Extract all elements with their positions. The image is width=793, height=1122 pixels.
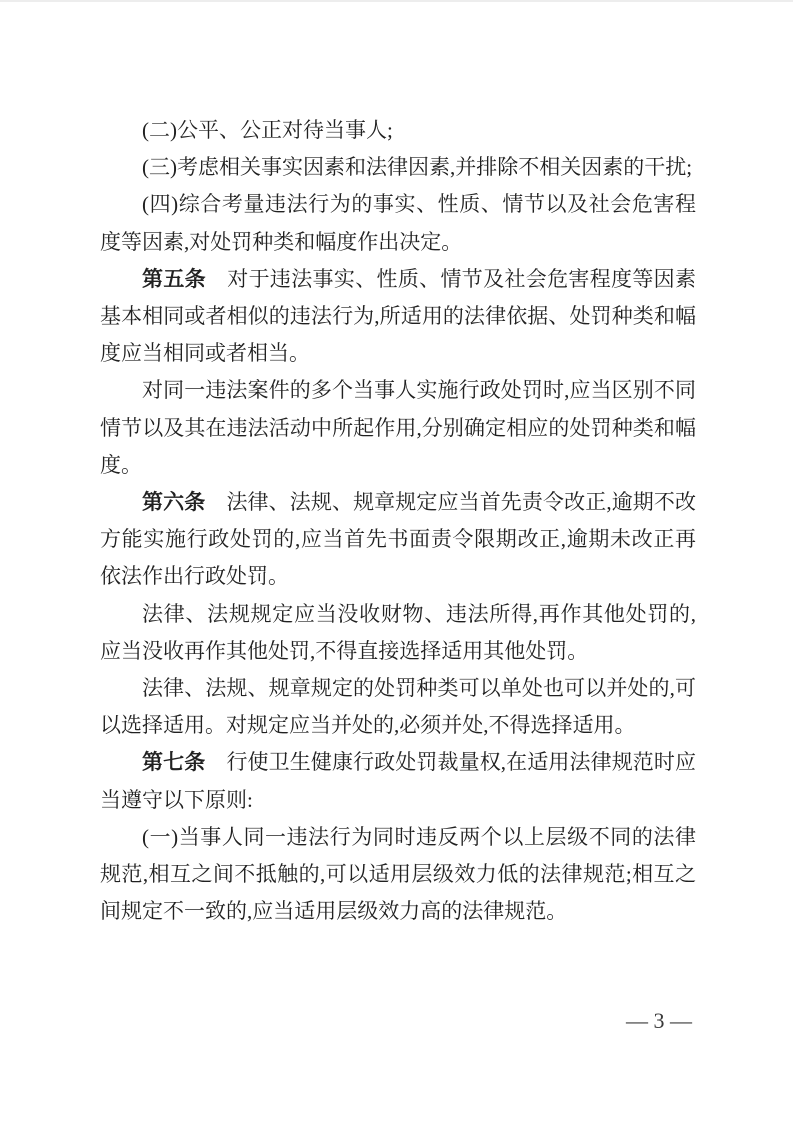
page-number: — 3 —	[626, 1008, 692, 1034]
paragraph: 第六条 法律、法规、规章规定应当首先责令改正,逾期不改方能实施行政处罚的,应当首…	[100, 484, 696, 596]
paragraph: (三)考虑相关事实因素和法律因素,并排除不相关因素的干扰;	[100, 149, 696, 186]
article-number: 第六条	[142, 490, 226, 514]
paragraph-text: 法律、法规规定应当没收财物、违法所得,再作其他处罚的,应当没收再作其他处罚,不得…	[100, 602, 696, 663]
paragraph: 法律、法规规定应当没收财物、违法所得,再作其他处罚的,应当没收再作其他处罚,不得…	[100, 596, 696, 670]
paragraph-text: 法律、法规、规章规定的处罚种类可以单处也可以并处的,可以选择适用。对规定应当并处…	[100, 676, 696, 737]
paragraph-text: (四)综合考量违法行为的事实、性质、情节以及社会危害程度等因素,对处罚种类和幅度…	[100, 192, 696, 253]
paragraph: (四)综合考量违法行为的事实、性质、情节以及社会危害程度等因素,对处罚种类和幅度…	[100, 186, 696, 260]
document-text-block: (二)公平、公正对待当事人; (三)考虑相关事实因素和法律因素,并排除不相关因素…	[100, 112, 696, 930]
article-number: 第七条	[142, 750, 226, 774]
paragraph: 法律、法规、规章规定的处罚种类可以单处也可以并处的,可以选择适用。对规定应当并处…	[100, 670, 696, 744]
paragraph-text: (二)公平、公正对待当事人;	[142, 118, 393, 142]
paragraph: (一)当事人同一违法行为同时违反两个以上层级不同的法律规范,相互之间不抵触的,可…	[100, 819, 696, 931]
document-page: (二)公平、公正对待当事人; (三)考虑相关事实因素和法律因素,并排除不相关因素…	[0, 0, 793, 1122]
paragraph: (二)公平、公正对待当事人;	[100, 112, 696, 149]
paragraph: 第五条 对于违法事实、性质、情节及社会危害程度等因素基本相同或者相似的违法行为,…	[100, 261, 696, 373]
paragraph-text: (三)考虑相关事实因素和法律因素,并排除不相关因素的干扰;	[142, 155, 692, 179]
paragraph-text: (一)当事人同一违法行为同时违反两个以上层级不同的法律规范,相互之间不抵触的,可…	[100, 825, 696, 923]
paragraph: 第七条 行使卫生健康行政处罚裁量权,在适用法律规范时应当遵守以下原则:	[100, 744, 696, 818]
paragraph-text: 对同一违法案件的多个当事人实施行政处罚时,应当区别不同情节以及其在违法活动中所起…	[100, 378, 696, 476]
article-number: 第五条	[142, 267, 227, 291]
scan-edge-artifact	[0, 0, 793, 2]
paragraph: 对同一违法案件的多个当事人实施行政处罚时,应当区别不同情节以及其在违法活动中所起…	[100, 372, 696, 484]
